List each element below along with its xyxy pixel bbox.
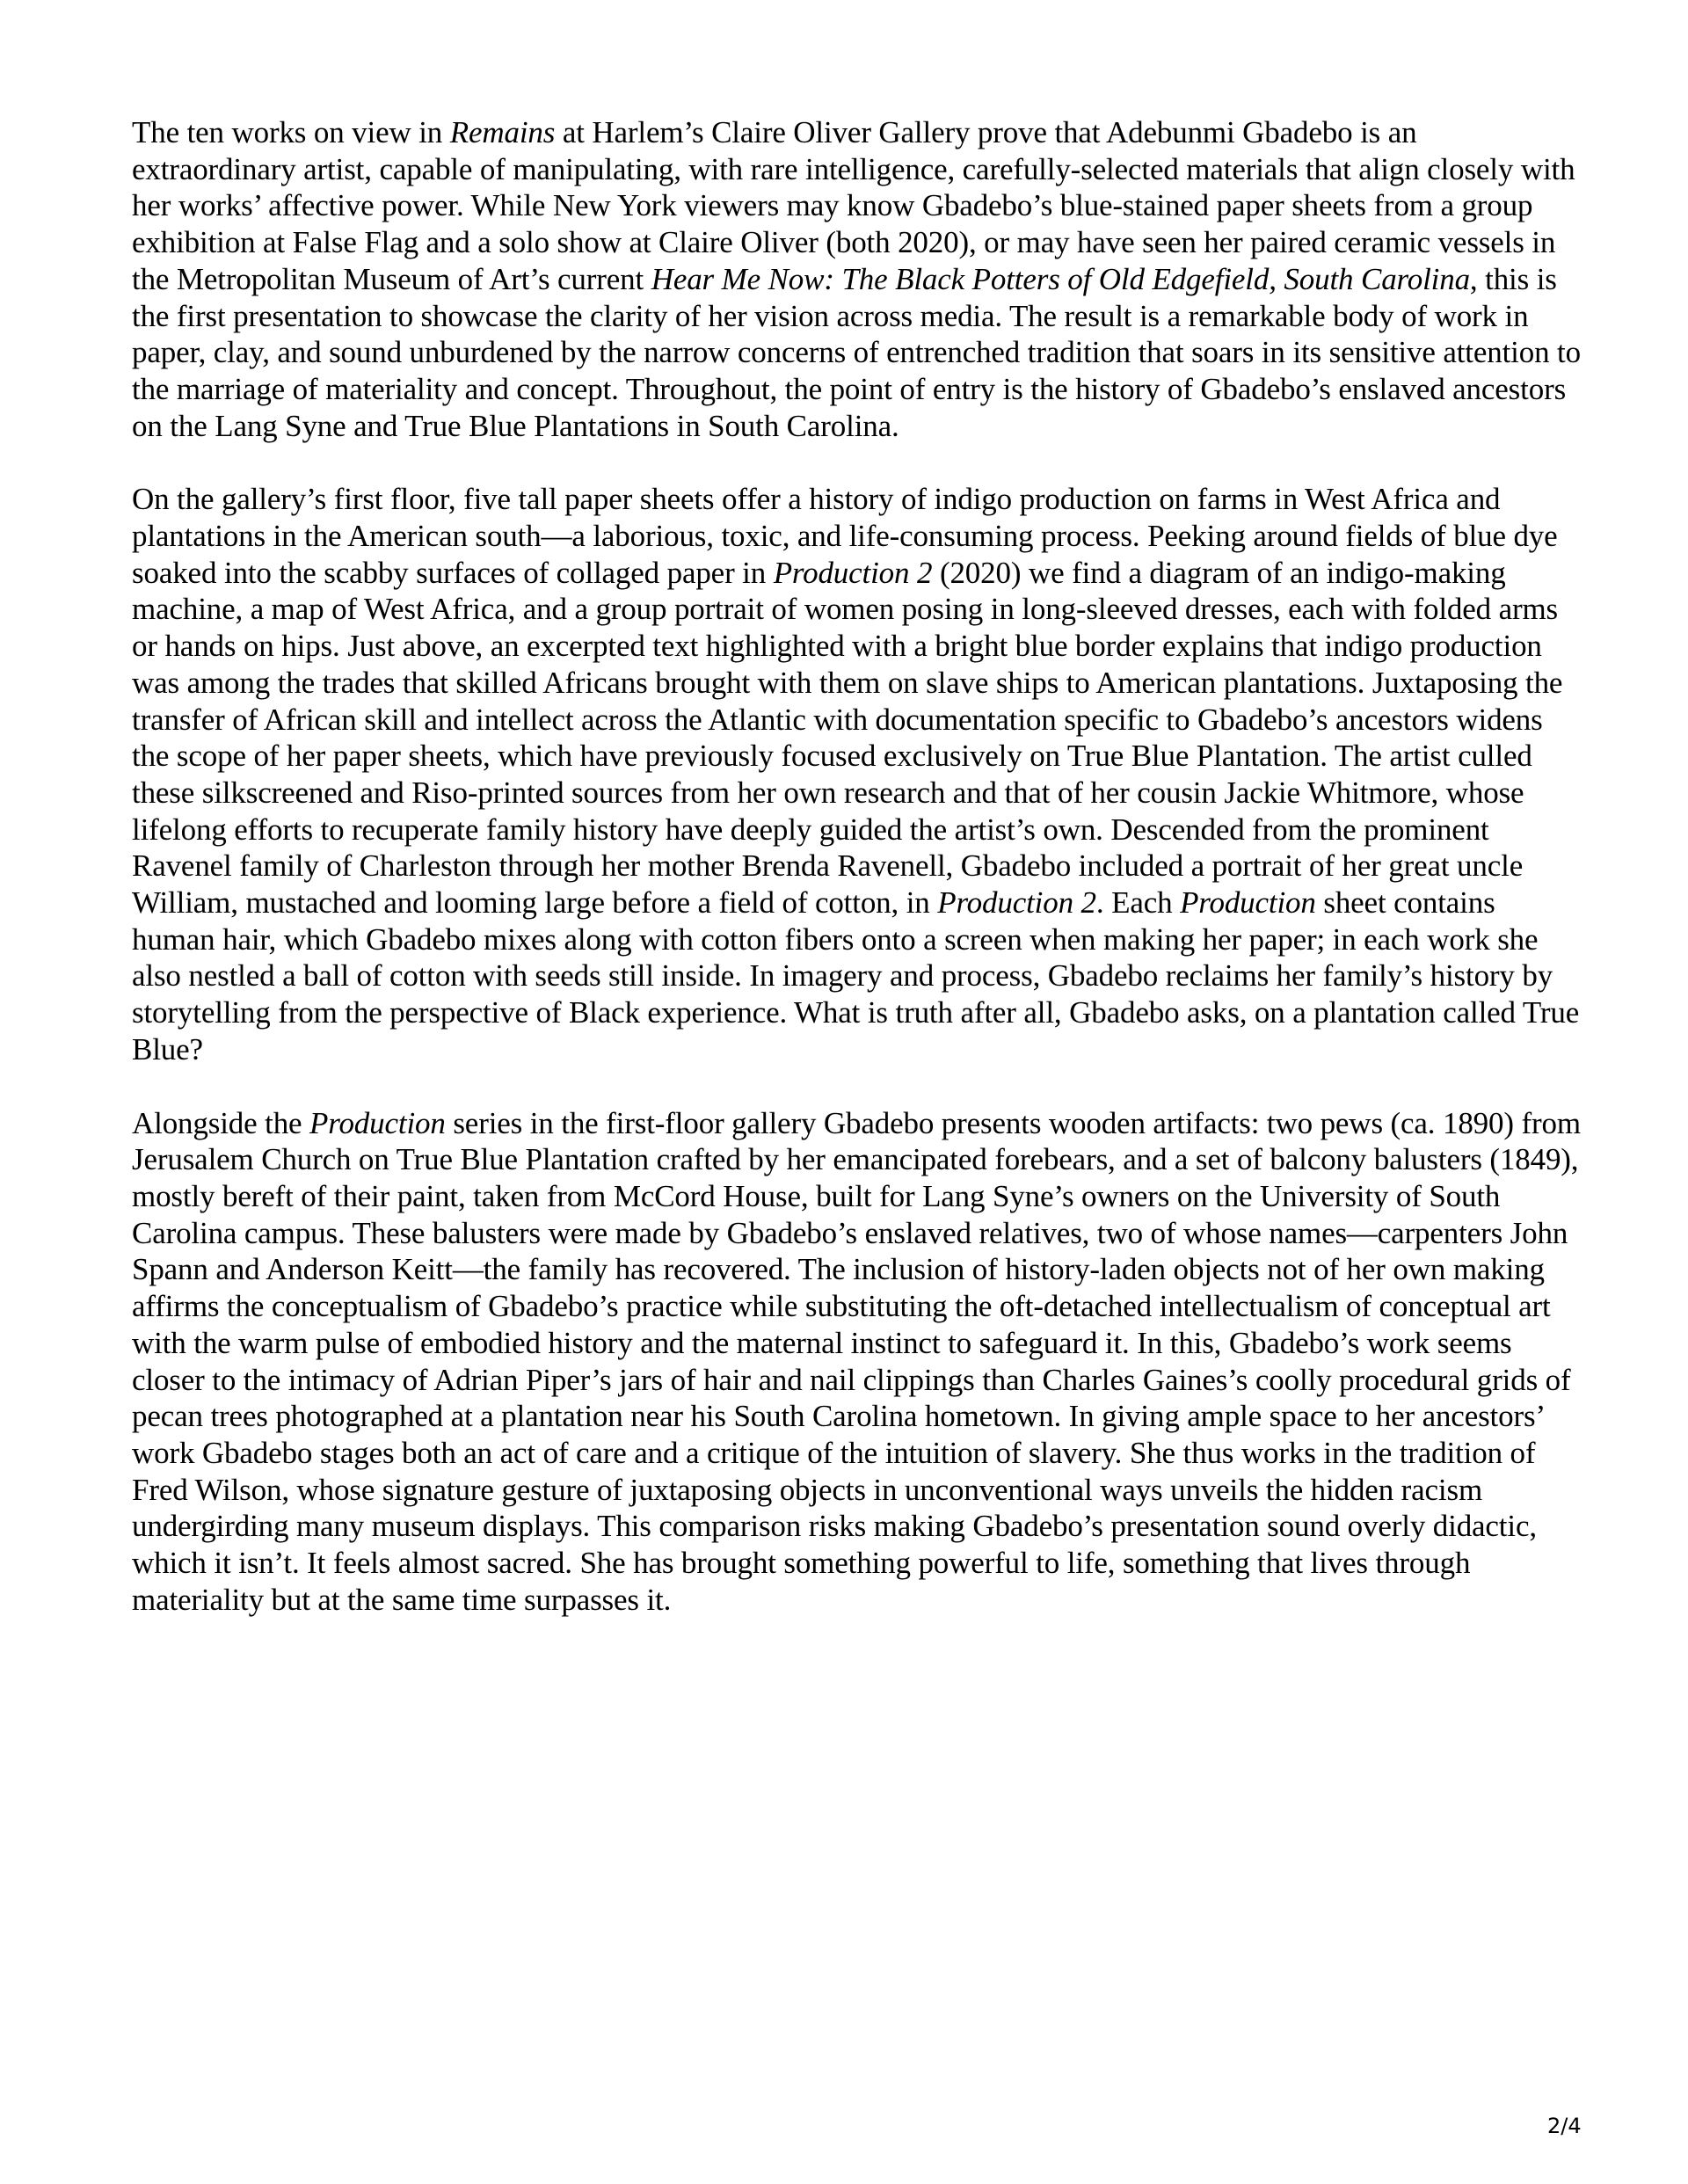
series-title-production: Production <box>309 1106 446 1140</box>
paragraph-text: The ten works on view in <box>132 115 450 149</box>
paragraph-3: Alongside the Production series in the f… <box>132 1105 1582 1619</box>
paragraph-text: Alongside the <box>132 1106 309 1140</box>
paragraph-1: The ten works on view in Remains at Harl… <box>132 114 1582 444</box>
document-page: The ten works on view in Remains at Harl… <box>0 0 1688 2184</box>
exhibition-title-hear-me-now: Hear Me Now: The Black Potters of Old Ed… <box>651 262 1470 296</box>
series-title-production: Production <box>1180 885 1316 920</box>
artwork-title-production-2: Production 2 <box>937 885 1096 920</box>
paragraph-text: series in the first-floor gallery Gbadeb… <box>132 1106 1581 1617</box>
artwork-title-production-2: Production 2 <box>774 556 933 590</box>
paragraph-text: (2020) we find a diagram of an indigo-ma… <box>132 556 1562 920</box>
exhibition-title-remains: Remains <box>450 115 556 149</box>
paragraph-text: . Each <box>1096 885 1180 920</box>
page-number: 2/4 <box>1547 2114 1582 2138</box>
article-body: The ten works on view in Remains at Harl… <box>132 114 1582 1655</box>
paragraph-2: On the gallery’s first floor, five tall … <box>132 481 1582 1067</box>
